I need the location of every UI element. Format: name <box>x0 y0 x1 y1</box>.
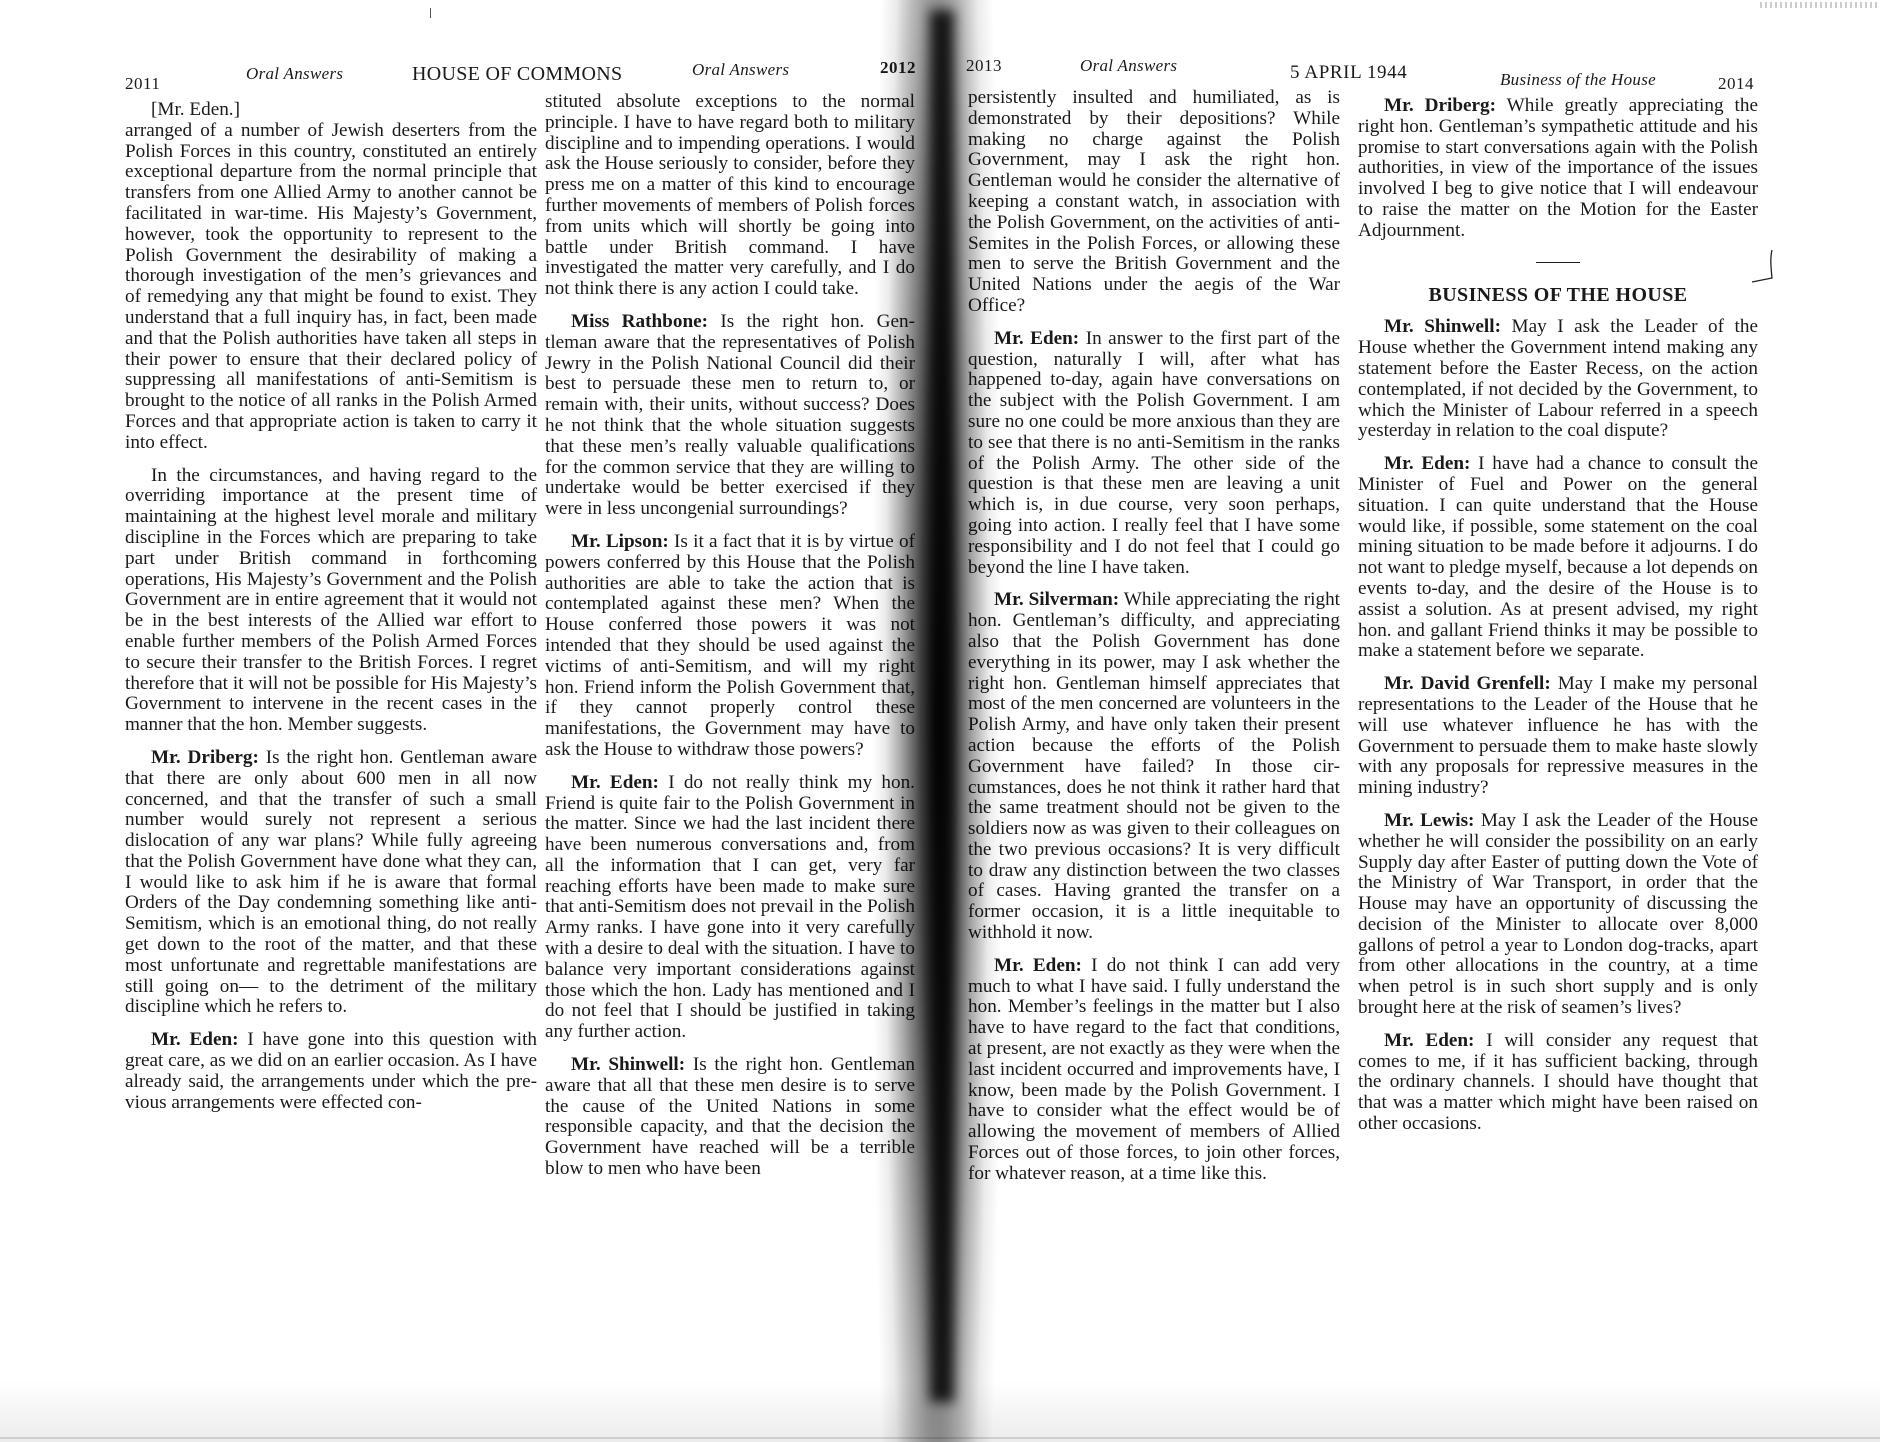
speech: Miss Rathbone: Is the right hon. Gen­tle… <box>545 312 915 520</box>
speech: Mr. Eden: I have gone into this ques­tio… <box>125 1030 537 1113</box>
column-2: stituted absolute exceptions to the norm… <box>545 92 915 1192</box>
running-head-left: Oral Answers <box>246 64 343 84</box>
speaker-name: Mr. Eden: <box>151 1029 239 1050</box>
section-heading: BUSINESS OF THE HOUSE <box>1358 285 1758 306</box>
speaker-name: Mr. Eden: <box>1384 453 1470 474</box>
speaker-name: Mr. David Grenfell: <box>1384 673 1551 694</box>
page-number-left: 2011 <box>125 74 160 94</box>
column-1: [Mr. Eden.] arranged of a number of Jewi… <box>125 100 537 1125</box>
section-divider <box>1536 262 1580 263</box>
speech: Mr. Shinwell: May I ask the Leader of th… <box>1358 317 1758 442</box>
speaker-name: Mr. Driberg: <box>151 747 259 768</box>
speaker-name: Mr. Eden: <box>994 328 1079 349</box>
scan-tick-mark <box>430 8 431 18</box>
speaker-name: Mr. Lewis: <box>1384 810 1474 831</box>
speech: Mr. Eden: I have had a chance to con­sul… <box>1358 454 1758 662</box>
speech: Mr. Lewis: May I ask the Leader of the H… <box>1358 811 1758 1019</box>
speech: Mr. David Grenfell: May I make my person… <box>1358 674 1758 799</box>
page-number-col3: 2013 <box>966 56 1002 76</box>
paragraph: stituted absolute exceptions to the norm… <box>545 92 915 300</box>
speaker-name: Mr. Driberg: <box>1384 95 1496 116</box>
speech: Mr. Eden: I do not really think my hon. … <box>545 773 915 1043</box>
speaker-name: Mr. Eden: <box>1384 1030 1474 1051</box>
speech: Mr. Eden: I will consider any request th… <box>1358 1031 1758 1135</box>
speaker-name: Miss Rathbone: <box>571 311 708 332</box>
page-bottom-fade <box>0 1380 1880 1442</box>
speaker-name: Mr. Eden: <box>994 955 1082 976</box>
speech: Mr. Silverman: While appreciating the ri… <box>968 590 1340 944</box>
paragraph: persistently insulted and humiliated, as… <box>968 88 1340 317</box>
publication-title: HOUSE OF COMMONS <box>412 63 622 86</box>
session-date: 5 APRIL 1944 <box>1290 62 1407 84</box>
speaker-name: Mr. Eden: <box>571 772 659 793</box>
speech: Mr. Driberg: Is the right hon. Gentle­ma… <box>125 748 537 1018</box>
column-3: persistently insulted and humiliated, as… <box>968 88 1340 1197</box>
scan-noise <box>1760 2 1880 8</box>
speech: Mr. Eden: I do not think I can add very … <box>968 956 1340 1185</box>
page-bottom-edge <box>0 1437 1880 1439</box>
speaker-name: Mr. Shinwell: <box>1384 316 1501 337</box>
page-number-right: 2014 <box>1718 74 1754 94</box>
speaker-name: Mr. Shinwell: <box>571 1054 685 1075</box>
column-4: Mr. Driberg: While greatly appreciat­ing… <box>1358 96 1758 1147</box>
running-head-right: Business of the House <box>1500 70 1656 90</box>
page-number-col2: 2012 <box>880 58 916 78</box>
book-gutter-core <box>930 10 954 1402</box>
continuation-speaker: [Mr. Eden.] <box>125 100 537 121</box>
speech: Mr. Shinwell: Is the right hon. Gentle­m… <box>545 1055 915 1180</box>
running-head-col2: Oral Answers <box>692 60 789 80</box>
paragraph: arranged of a number of Jewish deserters… <box>125 121 537 454</box>
speech: Mr. Eden: In answer to the first part of… <box>968 329 1340 579</box>
speech: Mr. Lipson: Is it a fact that it is by v… <box>545 532 915 761</box>
speech: Mr. Driberg: While greatly appreciat­ing… <box>1358 96 1758 242</box>
running-head-col3: Oral Answers <box>1080 56 1177 76</box>
paragraph: In the circumstances, and having regard … <box>125 466 537 736</box>
speaker-name: Mr. Lipson: <box>571 531 669 552</box>
speaker-name: Mr. Silverman: <box>994 589 1119 610</box>
